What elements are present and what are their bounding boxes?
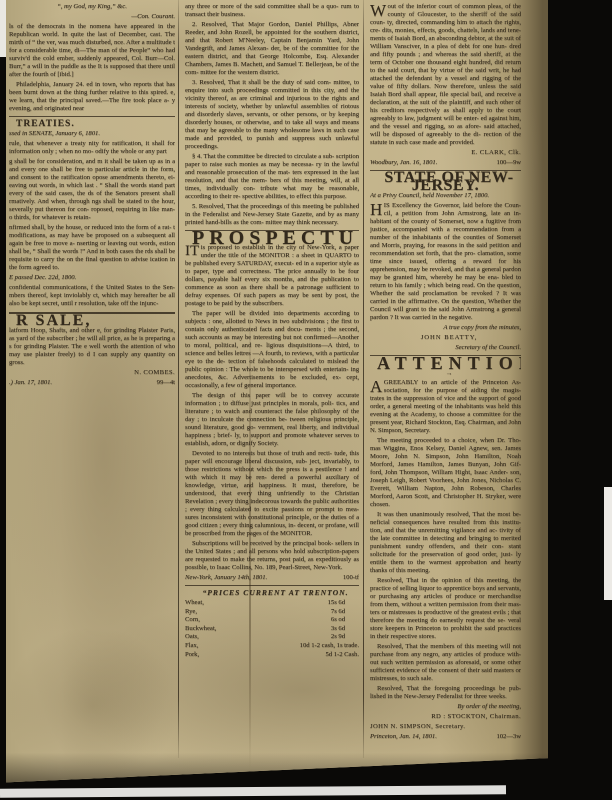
prices-table: Wheat,15s 6d Rye,7s 6d Corn,6s od Buckwh…	[185, 599, 359, 659]
dateline-row: Woodbury, Jan. 16, 1801. 100—9w	[370, 159, 521, 167]
dateline-row: New-York, January 14th, 1801. 100-tf	[185, 574, 359, 582]
article-paragraph: The meeting proceeded to a choice, when …	[370, 437, 521, 509]
article-paragraph: Philadelphia, January 24. ed in town, wh…	[9, 81, 175, 113]
article-paragraph: The paper will be divided into departmen…	[185, 310, 359, 390]
scan-background: “, my God, my King,” &c. —Con. Courant. …	[0, 0, 612, 800]
section-heading-treaties: TREATIES.	[9, 120, 175, 128]
commodity-name: Flax,	[185, 642, 258, 651]
commodity-name: Wheat,	[185, 599, 258, 608]
article-paragraph: Devoted to no interests but those of tru…	[185, 450, 359, 538]
signature-title: Secretary of the Council.	[370, 344, 521, 352]
price-row: Buckwheat,3s 6d	[185, 625, 359, 634]
signature: RD : STOCKTON, Chairman.	[370, 713, 521, 721]
ad-reference-number: 100—9w	[496, 159, 521, 167]
commodity-price: 5d 1-2 Cash.	[258, 651, 359, 660]
article-paragraph: HIS Excellency the Governor, laid before…	[370, 202, 521, 322]
article-paragraph: g shall be for consideration, and m it s…	[9, 158, 175, 222]
signature: JOHN BEATTY,	[370, 334, 521, 342]
article-paragraph: § 4. That the committee be directed to c…	[185, 153, 359, 201]
commodity-name: Rye,	[185, 608, 258, 617]
scanner-edge-right	[604, 487, 612, 600]
section-heading-attention: ATTENTION.	[370, 359, 521, 367]
motto-fragment: “, my God, my King,” &c.	[9, 3, 175, 11]
commodity-name: Corn,	[185, 616, 258, 625]
article-paragraph: 2. Resolved, That Major Gordon, Daniel P…	[185, 21, 359, 77]
drop-cap: A	[370, 379, 384, 394]
price-row: Rye,7s 6d	[185, 608, 359, 617]
dateline: New-York, January 14th, 1801.	[185, 574, 267, 582]
column-right: Wout of the inferior court of common ple…	[370, 3, 521, 757]
section-rule	[9, 116, 175, 117]
paragraph-text: GREEABLY to an article of the Princeton …	[370, 379, 521, 434]
article-paragraph: Resolved, That the foregoing proceedings…	[370, 685, 521, 701]
signature: E. CLARK, Clk.	[370, 149, 521, 157]
dateline: Woodbury, Jan. 16, 1801.	[370, 159, 437, 167]
article-paragraph: ls of the democrats in the nomena have a…	[9, 23, 175, 79]
dateline: .) Jan. 17, 1801.	[9, 379, 52, 387]
ad-reference-number: 102—3w	[496, 733, 521, 741]
commodity-price: 15s 6d	[258, 599, 359, 608]
article-paragraph: 3. Resolved, That it shall be the duty o…	[185, 79, 359, 151]
commodity-name: Oats,	[185, 633, 258, 642]
by-order-line: By order of the meeting,	[370, 703, 521, 711]
prices-table-title: “PRICES CURRENT AT TRENTON.	[185, 589, 359, 597]
price-row: Flax,10d 1-2 cash, 1s trade.	[185, 642, 359, 651]
price-row: Oats,2s 9d	[185, 633, 359, 642]
senate-dateline: E passed Dec. 22d, 1800.	[9, 274, 175, 282]
commodity-price: 7s 6d	[258, 608, 359, 617]
section-heading-prospectus: PROSPECTUS.	[185, 234, 359, 242]
paragraph-text: is proposed to establish in the city of …	[185, 244, 359, 307]
printer-ornament-icon: →	[370, 369, 521, 377]
article-paragraph: any three or more of the said committee …	[185, 3, 359, 19]
article-paragraph: rule, that whenever a treaty nity for ra…	[9, 140, 175, 156]
true-copy-line: A true copy from the minutes,	[370, 324, 521, 332]
paragraph-text: out of the inferior court of common plea…	[370, 3, 521, 146]
senate-dateline: ssed in SENATE, January 6, 1801.	[9, 130, 175, 138]
article-paragraph: Resolved, That the members of this meeti…	[370, 643, 521, 683]
article-paragraph: Resolved, That in the opinion of this me…	[370, 577, 521, 641]
paragraph-text: IS Excellency the Governor, laid before …	[370, 202, 521, 321]
motto-source: —Con. Courant.	[9, 13, 175, 21]
article-paragraph: Subscriptions will be received by the pr…	[185, 540, 359, 572]
article-paragraph: 5. Resolved, That the proceedings of thi…	[185, 203, 359, 227]
commodity-price: 2s 9d	[258, 633, 359, 642]
column-divider	[178, 0, 179, 758]
dateline-row: Princeton, Jan. 14, 1801. 102—3w	[370, 733, 521, 741]
commodity-price: 6s od	[258, 616, 359, 625]
article-paragraph: AGREEABLY to an article of the Princeton…	[370, 379, 521, 435]
section-heading-state-of-new-jersey: STATE OF NEW-JERSEY.	[370, 174, 521, 190]
commodity-price: 3s 6d	[258, 625, 359, 634]
price-row: Corn,6s od	[185, 616, 359, 625]
signature: N. COMBES.	[9, 369, 175, 377]
commodity-name: Pork,	[185, 651, 258, 660]
ad-reference-number: 100-tf	[343, 574, 359, 582]
signature: JOHN N. SIMPSON, Secretary.	[370, 723, 521, 731]
article-paragraph: The design of this paper will be to conv…	[185, 392, 359, 448]
article-paragraph: It was then unanimously resolved, That t…	[370, 511, 521, 575]
section-rule	[185, 585, 359, 586]
scanner-edge-bottom	[0, 785, 506, 798]
article-paragraph: Wout of the inferior court of common ple…	[370, 3, 521, 147]
price-row: Wheat,15s 6d	[185, 599, 359, 608]
article-paragraph: confidential communications, f the Unite…	[9, 284, 175, 308]
council-dateline: At a Privy Council, held November 17, 18…	[370, 192, 521, 200]
section-heading-for-sale: R SALE,	[9, 317, 175, 325]
article-paragraph: nfirmed shall, by the house, or reduced …	[9, 224, 175, 272]
ad-reference-number: 99—4t	[157, 379, 175, 387]
column-left: “, my God, my King,” &c. —Con. Courant. …	[9, 3, 175, 757]
drop-cap: H	[370, 202, 384, 217]
article-paragraph: ITis proposed to establish in the city o…	[185, 244, 359, 308]
drop-cap: W	[370, 3, 388, 18]
dateline: Princeton, Jan. 14, 1801.	[370, 733, 437, 741]
commodity-name: Buckwheat,	[185, 625, 258, 634]
commodity-price: 10d 1-2 cash, 1s trade.	[258, 642, 359, 651]
dateline-row: .) Jan. 17, 1801. 99—4t	[9, 379, 175, 387]
price-row: Pork,5d 1-2 Cash.	[185, 651, 359, 660]
newspaper-page: “, my God, my King,” &c. —Con. Courant. …	[6, 0, 548, 784]
column-divider	[363, 0, 364, 758]
article-paragraph: latform Hoop, Shafts, and other e, for g…	[9, 327, 175, 367]
column-middle: any three or more of the said committee …	[185, 3, 359, 757]
